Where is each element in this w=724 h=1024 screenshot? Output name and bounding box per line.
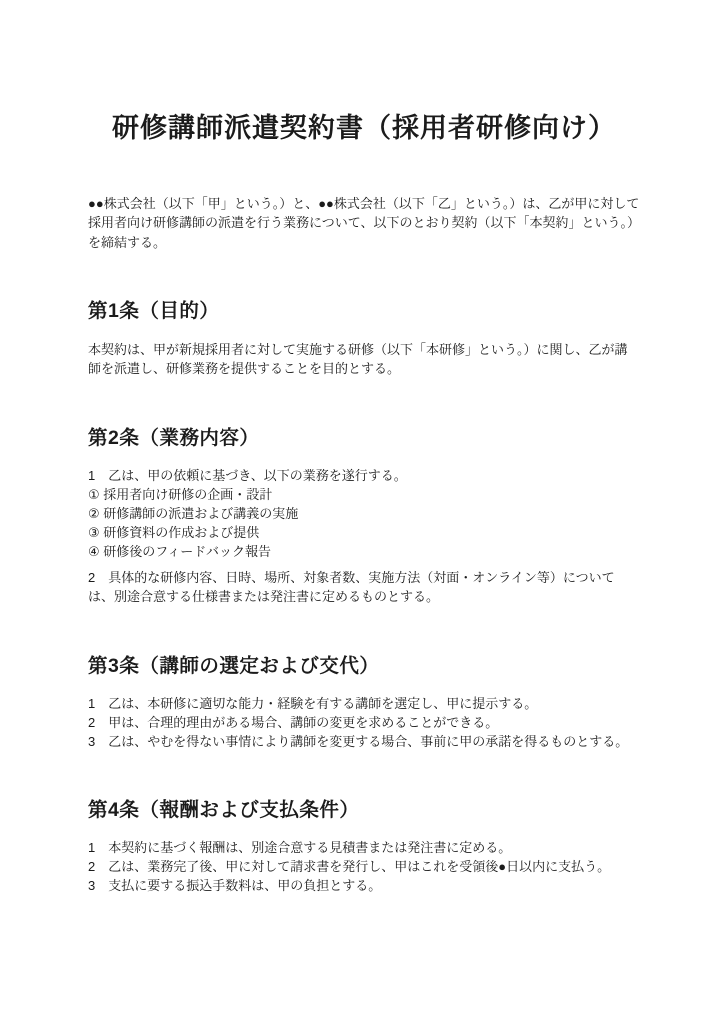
article-2-clause-1: 1 乙は、甲の依頼に基づき、以下の業務を遂行する。 <box>88 466 640 485</box>
article-3-clause-2: 2 甲は、合理的理由がある場合、講師の変更を求めることができる。 <box>88 713 640 732</box>
article-3-heading: 第3条（講師の選定および交代） <box>88 653 640 680</box>
document-title: 研修講師派遣契約書（採用者研修向け） <box>88 110 640 148</box>
article-4-clause-3: 3 支払に要する振込手数料は、甲の負担とする。 <box>88 876 640 895</box>
article-2-item-3: ③ 研修資料の作成および提供 <box>88 523 640 542</box>
article-1-body: 本契約は、甲が新規採用者に対して実施する研修（以下「本研修」という。）に関し、乙… <box>88 340 640 379</box>
preamble-text: ●●株式会社（以下「甲」という。）と、●●株式会社（以下「乙」という。）は、乙が… <box>88 194 640 253</box>
article-4-clause-2: 2 乙は、業務完了後、甲に対して請求書を発行し、甲はこれを受領後●日以内に支払う… <box>88 857 640 876</box>
article-4-clause-1: 1 本契約に基づく報酬は、別途合意する見積書または発注書に定める。 <box>88 838 640 857</box>
article-1-heading: 第1条（目的） <box>88 298 640 325</box>
article-4-payment-terms: 第4条（報酬および支払条件） 1 本契約に基づく報酬は、別途合意する見積書または… <box>88 797 640 895</box>
article-1-purpose: 第1条（目的） 本契約は、甲が新規採用者に対して実施する研修（以下「本研修」とい… <box>88 298 640 378</box>
contract-document-page: 研修講師派遣契約書（採用者研修向け） ●●株式会社（以下「甲」という。）と、●●… <box>0 0 724 1024</box>
article-4-heading: 第4条（報酬および支払条件） <box>88 797 640 824</box>
article-2-item-1: ① 採用者向け研修の企画・設計 <box>88 485 640 504</box>
article-2-item-2: ② 研修講師の派遣および講義の実施 <box>88 504 640 523</box>
article-2-item-4: ④ 研修後のフィードバック報告 <box>88 542 640 561</box>
article-2-heading: 第2条（業務内容） <box>88 425 640 452</box>
article-2-clause-2: 2 具体的な研修内容、日時、場所、対象者数、実施方法（対面・オンライン等）につい… <box>88 568 640 607</box>
article-3-clause-1: 1 乙は、本研修に適切な能力・経験を有する講師を選定し、甲に提示する。 <box>88 694 640 713</box>
article-2-scope-of-work: 第2条（業務内容） 1 乙は、甲の依頼に基づき、以下の業務を遂行する。 ① 採用… <box>88 425 640 607</box>
article-3-instructor-selection: 第3条（講師の選定および交代） 1 乙は、本研修に適切な能力・経験を有する講師を… <box>88 653 640 751</box>
article-3-clause-3: 3 乙は、やむを得ない事情により講師を変更する場合、事前に甲の承諾を得るものとす… <box>88 732 640 751</box>
